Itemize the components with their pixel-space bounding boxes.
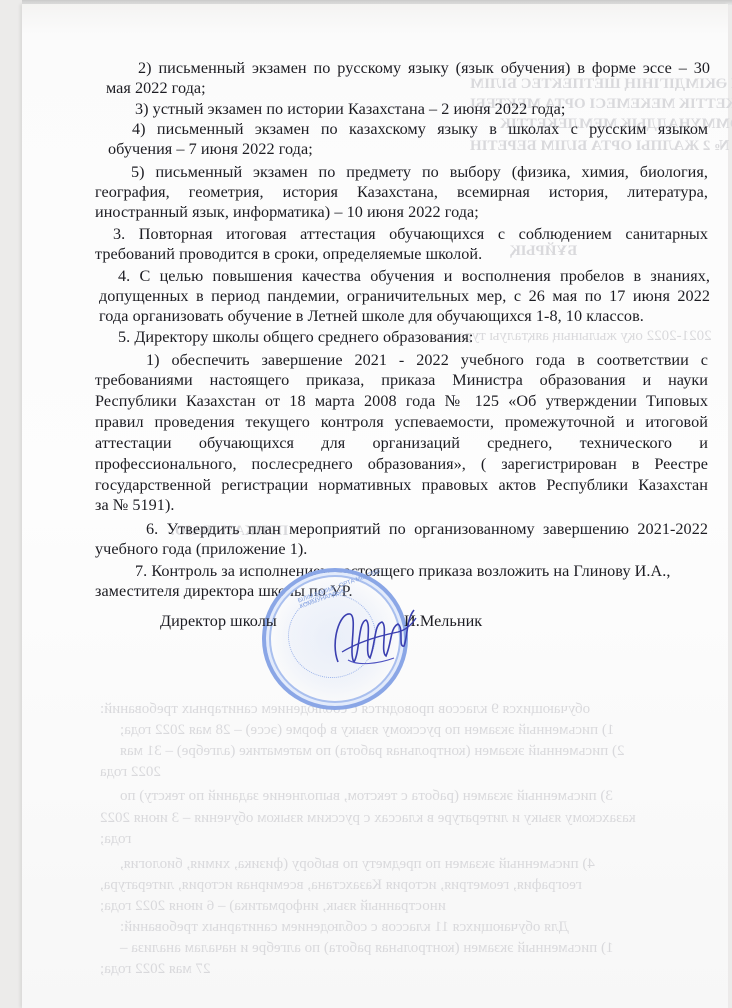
document-line: Республики Казахстан от 18 марта 2008 го…	[95, 392, 708, 411]
bleed-through-line: география, геометрия, история Казахстана…	[100, 877, 582, 894]
document-line: 5) письменный экзамен по предмету по выб…	[131, 163, 708, 182]
bleed-through-line: года;	[100, 831, 131, 848]
document-line: обучения – 7 июня 2022 года;	[108, 140, 313, 159]
document-line: география, геометрия, история Казахстана…	[95, 183, 708, 202]
document-line: учебного года (приложение 1).	[95, 540, 307, 559]
document-line: требований проводится в сроки, определяе…	[95, 245, 482, 264]
document-line: требованиями настоящего приказа, приказа…	[95, 371, 708, 390]
document-line: иностранный язык, информатика) – 10 июня…	[95, 203, 479, 222]
bleed-through-line: БҰЙРЫҚ	[510, 243, 577, 260]
bleed-through-line: иностранный язык, информатика) – 6 июня …	[100, 898, 446, 915]
bleed-through-line: 1) письменный экзамен по русскому языку …	[120, 722, 614, 739]
document-line: мая 2022 года;	[106, 79, 206, 98]
handwritten-signature	[328, 602, 418, 674]
bleed-through-line: Для обучающихся 11 классов с соблюдением…	[120, 919, 569, 936]
bleed-through-line: 3) письменный экзамен (работа с текстом,…	[120, 788, 613, 805]
document-line: 7. Контроль за исполнением настоящего пр…	[135, 562, 670, 581]
document-line: 2) письменный экзамен по русскому языку …	[138, 59, 710, 78]
bleed-through-line: АУДАНЫ ӘКІМДІГІНІҢ ШЕТПЕКТЕС БІЛІМ	[470, 76, 732, 93]
document-line: аттестации обучающихся для организаций с…	[95, 434, 708, 453]
document-line: за № 5191).	[95, 496, 174, 515]
document-line: 4) письменный экзамен по казахскому язык…	[132, 120, 708, 139]
bleed-through-line: 4) письменный экзамен по предмету по выб…	[120, 856, 595, 873]
bleed-through-line: 2021-2022 оқу жылының аяқталуы туралы	[440, 328, 712, 345]
bleed-through-line: 1) письменный экзамен (контрольная работ…	[120, 940, 613, 957]
bleed-through-line: 27 мая 2022 года;	[100, 961, 211, 978]
document-line: 3) устный экзамен по истории Казахстана …	[135, 100, 565, 119]
document-line: 3. Повторная итоговая аттестация обучающ…	[113, 225, 708, 244]
bleed-through-line: 2022 года	[100, 764, 161, 781]
signature-title: Директор школы	[160, 612, 277, 631]
document-line: профессионального, послесреднего образов…	[95, 455, 708, 474]
document-line: допущенных в период пандемии, ограничите…	[99, 287, 710, 306]
document-line: государственной регистрации нормативных …	[95, 476, 708, 495]
bleed-through-line: 2) письменный экзамен (контрольная работ…	[120, 743, 624, 760]
document-line: 5. Директору школы общего среднего образ…	[118, 328, 473, 347]
bleed-through-line: казахскому языку и литературе в классах …	[100, 810, 636, 827]
document-line: 1) обеспечить завершение 2021 - 2022 уче…	[146, 351, 708, 370]
bleed-through-line: № 2 ЖАЛПЫ ОРТА БІЛІМ БЕРЕТІН	[470, 138, 729, 155]
document-line: 4. С целью повышения качества обучения и…	[118, 267, 710, 286]
document-line: года организовать обучение в Летней школ…	[99, 307, 644, 326]
document-line: 6. Утвердить план мероприятий по организ…	[146, 520, 708, 539]
document-line: правил проведения текущего контроля успе…	[95, 413, 708, 432]
